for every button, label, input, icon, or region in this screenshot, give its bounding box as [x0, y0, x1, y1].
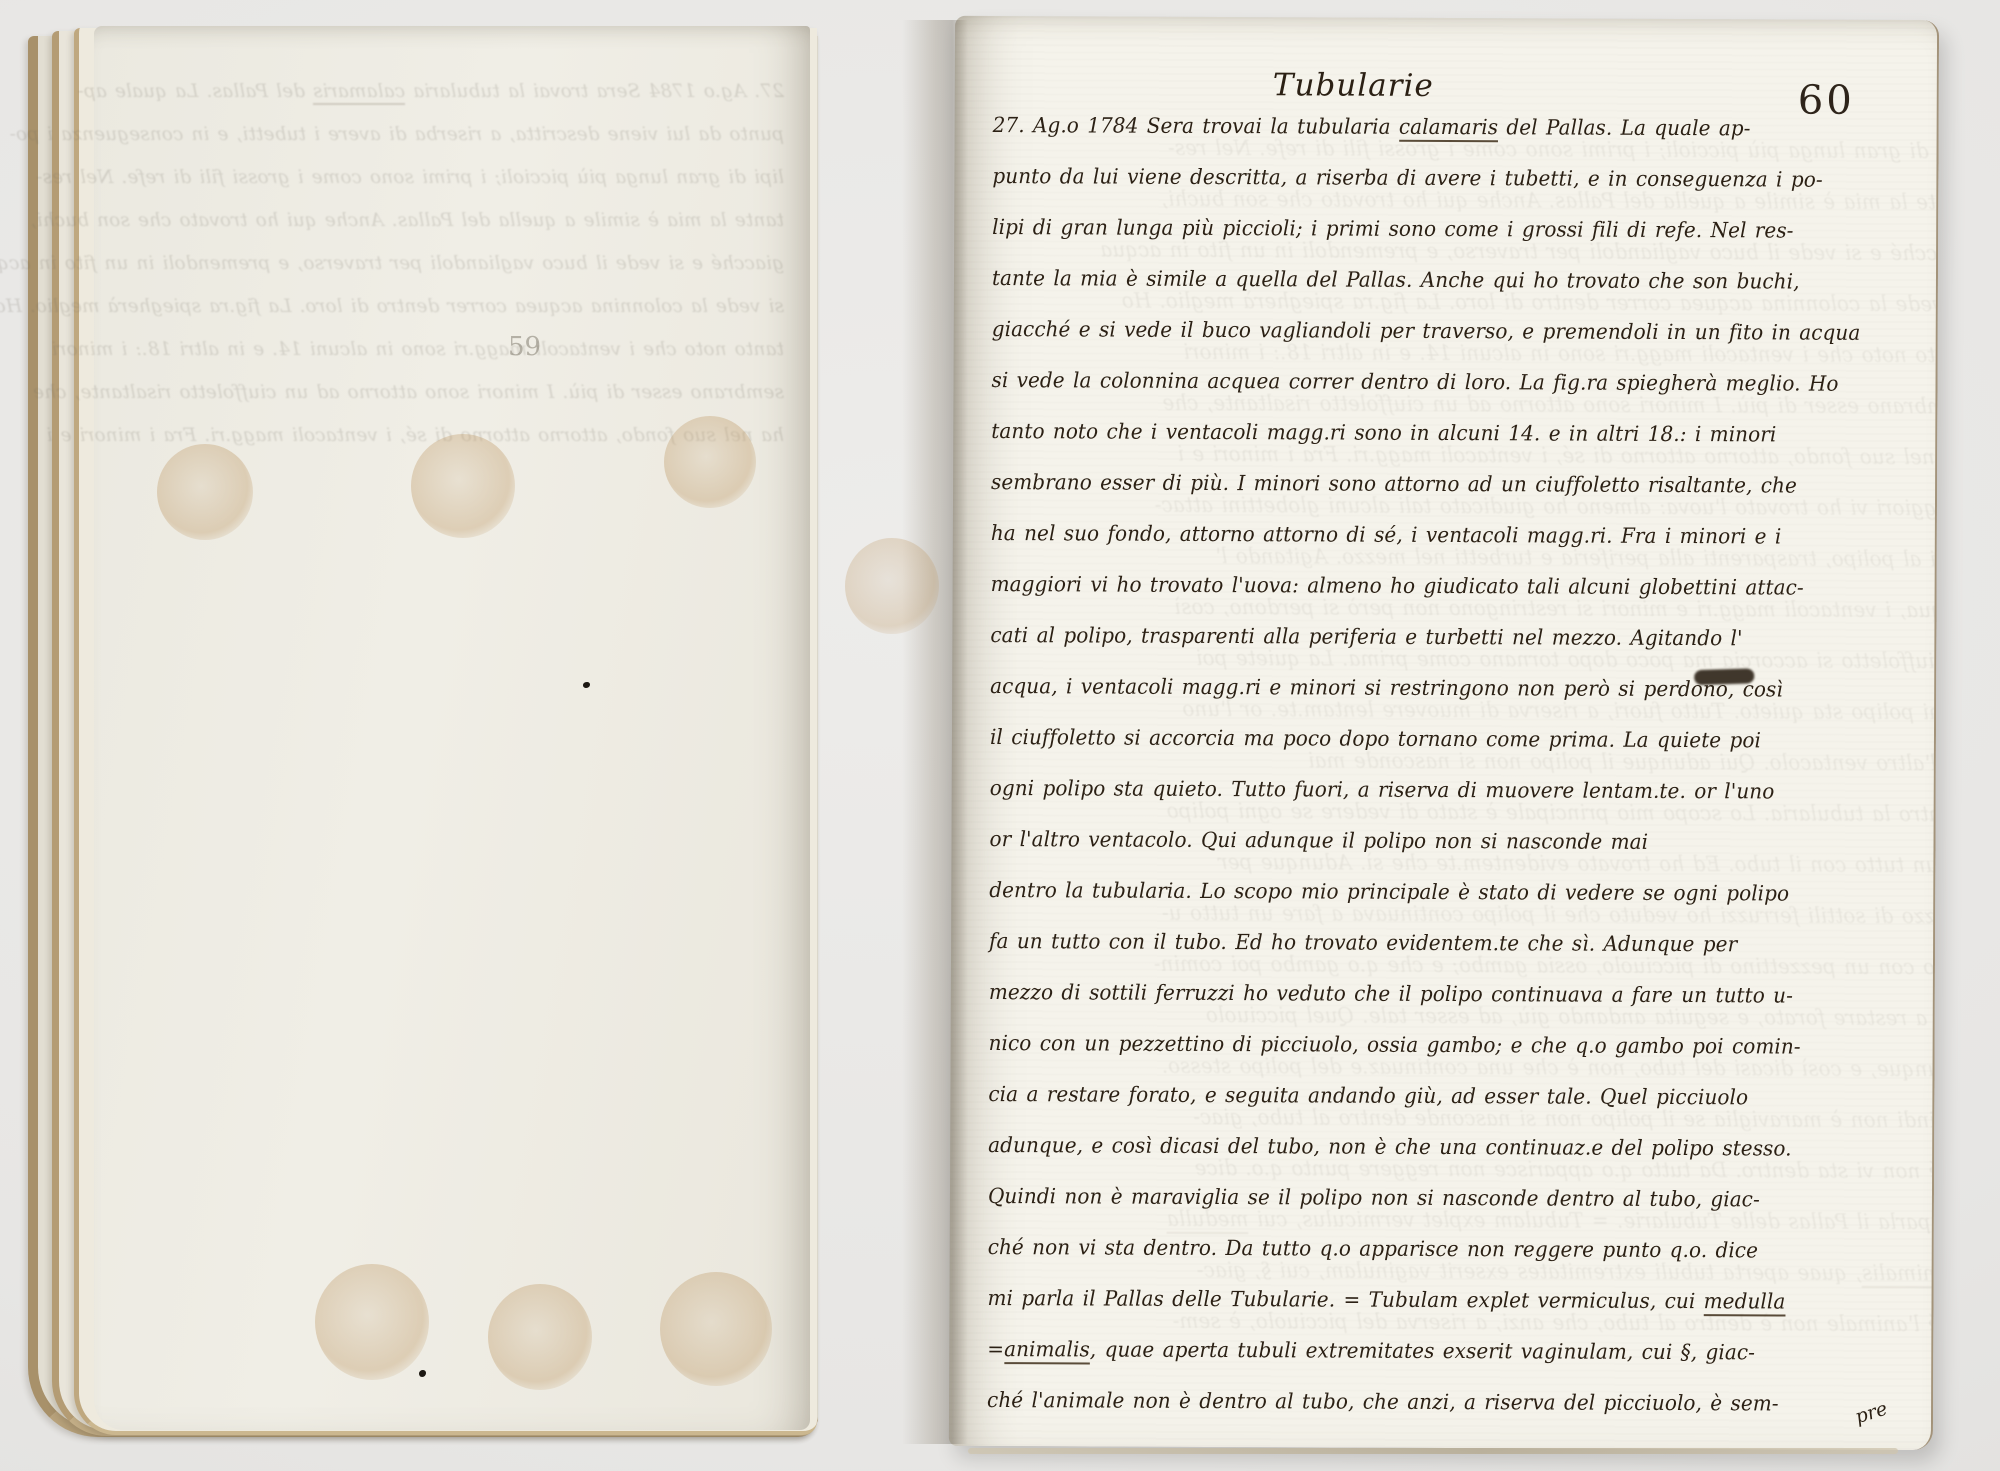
manuscript-line: =animalis, quae aperta tubuli extremitat… — [987, 1324, 1939, 1379]
manuscript-line: fa un tutto con il tubo. Ed ho trovato e… — [989, 916, 1939, 971]
manuscript-line: tanto noto che i ventacoli magg.ri sono … — [120, 328, 784, 371]
manuscript-text-block: 27. Ag.o 1784 Sera trovai la tubularia c… — [987, 100, 1939, 1444]
manuscript-line: ha nel suo fondo, attorno attorno di sé,… — [120, 414, 784, 457]
bottom-page-edge — [968, 1448, 1898, 1454]
manuscript-line: giacché e si vede il buco vagliandoli pe… — [992, 304, 1939, 359]
left-page-blank-verso: 27. Ag.o 1784 Sera trovai la tubularia c… — [94, 26, 810, 1430]
manuscript-line: mi parla il Pallas delle Tubularie. = Tu… — [987, 1273, 1939, 1328]
manuscript-line: punto da lui viene descritta, a riserba … — [120, 113, 784, 156]
manuscript-line: ché l'animale non è dentro al tubo, che … — [987, 1375, 1939, 1430]
manuscript-line: Quindi non è maraviglia se il polipo non… — [988, 1171, 1939, 1226]
manuscript-line: il ciuffoletto si accorcia ma poco dopo … — [990, 712, 1939, 767]
manuscript-line: or l'altro ventacolo. Qui adunque il pol… — [989, 814, 1939, 869]
page-title: Tubularie — [1273, 67, 1434, 104]
manuscript-line: si vede la colonnina acquea correr dentr… — [991, 355, 1939, 410]
manuscript-line: mezzo di sottili ferruzzi ho veduto che … — [989, 967, 1939, 1022]
manuscript-line: acqua, i ventacoli magg.ri e minori si r… — [990, 661, 1939, 716]
manuscript-line: ché non vi sta dentro. Da tutto q.o appa… — [988, 1222, 1939, 1277]
manuscript-line: sembrano esser di più. I minori sono att… — [991, 457, 1939, 512]
manuscript-line: tante la mia è simile a quella del Palla… — [120, 199, 784, 242]
manuscript-line: tanto noto che i ventacoli magg.ri sono … — [991, 406, 1939, 461]
bleedthrough-page-number: 59 — [508, 332, 541, 362]
manuscript-line: adunque, e così dicasi del tubo, non è c… — [988, 1120, 1939, 1175]
ink-bleedthrough-text: 27. Ag.o 1784 Sera trovai la tubularia c… — [120, 70, 784, 457]
manuscript-line: ogni polipo sta quieto. Tutto fuori, a r… — [990, 763, 1939, 818]
manuscript-photo: 27. Ag.o 1784 Sera trovai la tubularia c… — [0, 0, 2000, 1471]
manuscript-line: ha nel suo fondo, attorno attorno di sé,… — [991, 508, 1939, 563]
manuscript-line: cia a restare forato, e seguita andando … — [988, 1069, 1939, 1124]
manuscript-line: si vede la colonnina acquea correr dentr… — [120, 285, 784, 328]
manuscript-line: nico con un pezzettino di picciuolo, oss… — [989, 1018, 1940, 1073]
manuscript-line: cati al polipo, trasparenti alla perifer… — [990, 610, 1939, 665]
manuscript-line: lipi di gran lunga più piccioli; i primi… — [992, 202, 1939, 257]
manuscript-line: giacché e si vede il buco vagliandoli pe… — [120, 242, 784, 285]
manuscript-line: punto da lui viene descritta, a riserba … — [992, 151, 1939, 206]
ink-blot — [1694, 668, 1754, 685]
manuscript-line: 27. Ag.o 1784 Sera trovai la tubularia c… — [120, 70, 784, 113]
manuscript-line: 27. Ag.o 1784 Sera trovai la tubularia c… — [993, 100, 1940, 155]
manuscript-line: lipi di gran lunga più piccioli; i primi… — [120, 156, 784, 199]
paper-stain — [845, 538, 939, 634]
manuscript-line: tante la mia è simile a quella del Palla… — [992, 253, 1939, 308]
manuscript-line: dentro la tubularia. Lo scopo mio princi… — [989, 865, 1939, 920]
manuscript-line: maggiori vi ho trovato l'uova: almeno ho… — [991, 559, 1940, 614]
manuscript-line: sembrano esser di più. I minori sono att… — [120, 371, 784, 414]
right-page-manuscript-recto: lipi di gran lunga più piccioli; i primi… — [949, 16, 1939, 1450]
